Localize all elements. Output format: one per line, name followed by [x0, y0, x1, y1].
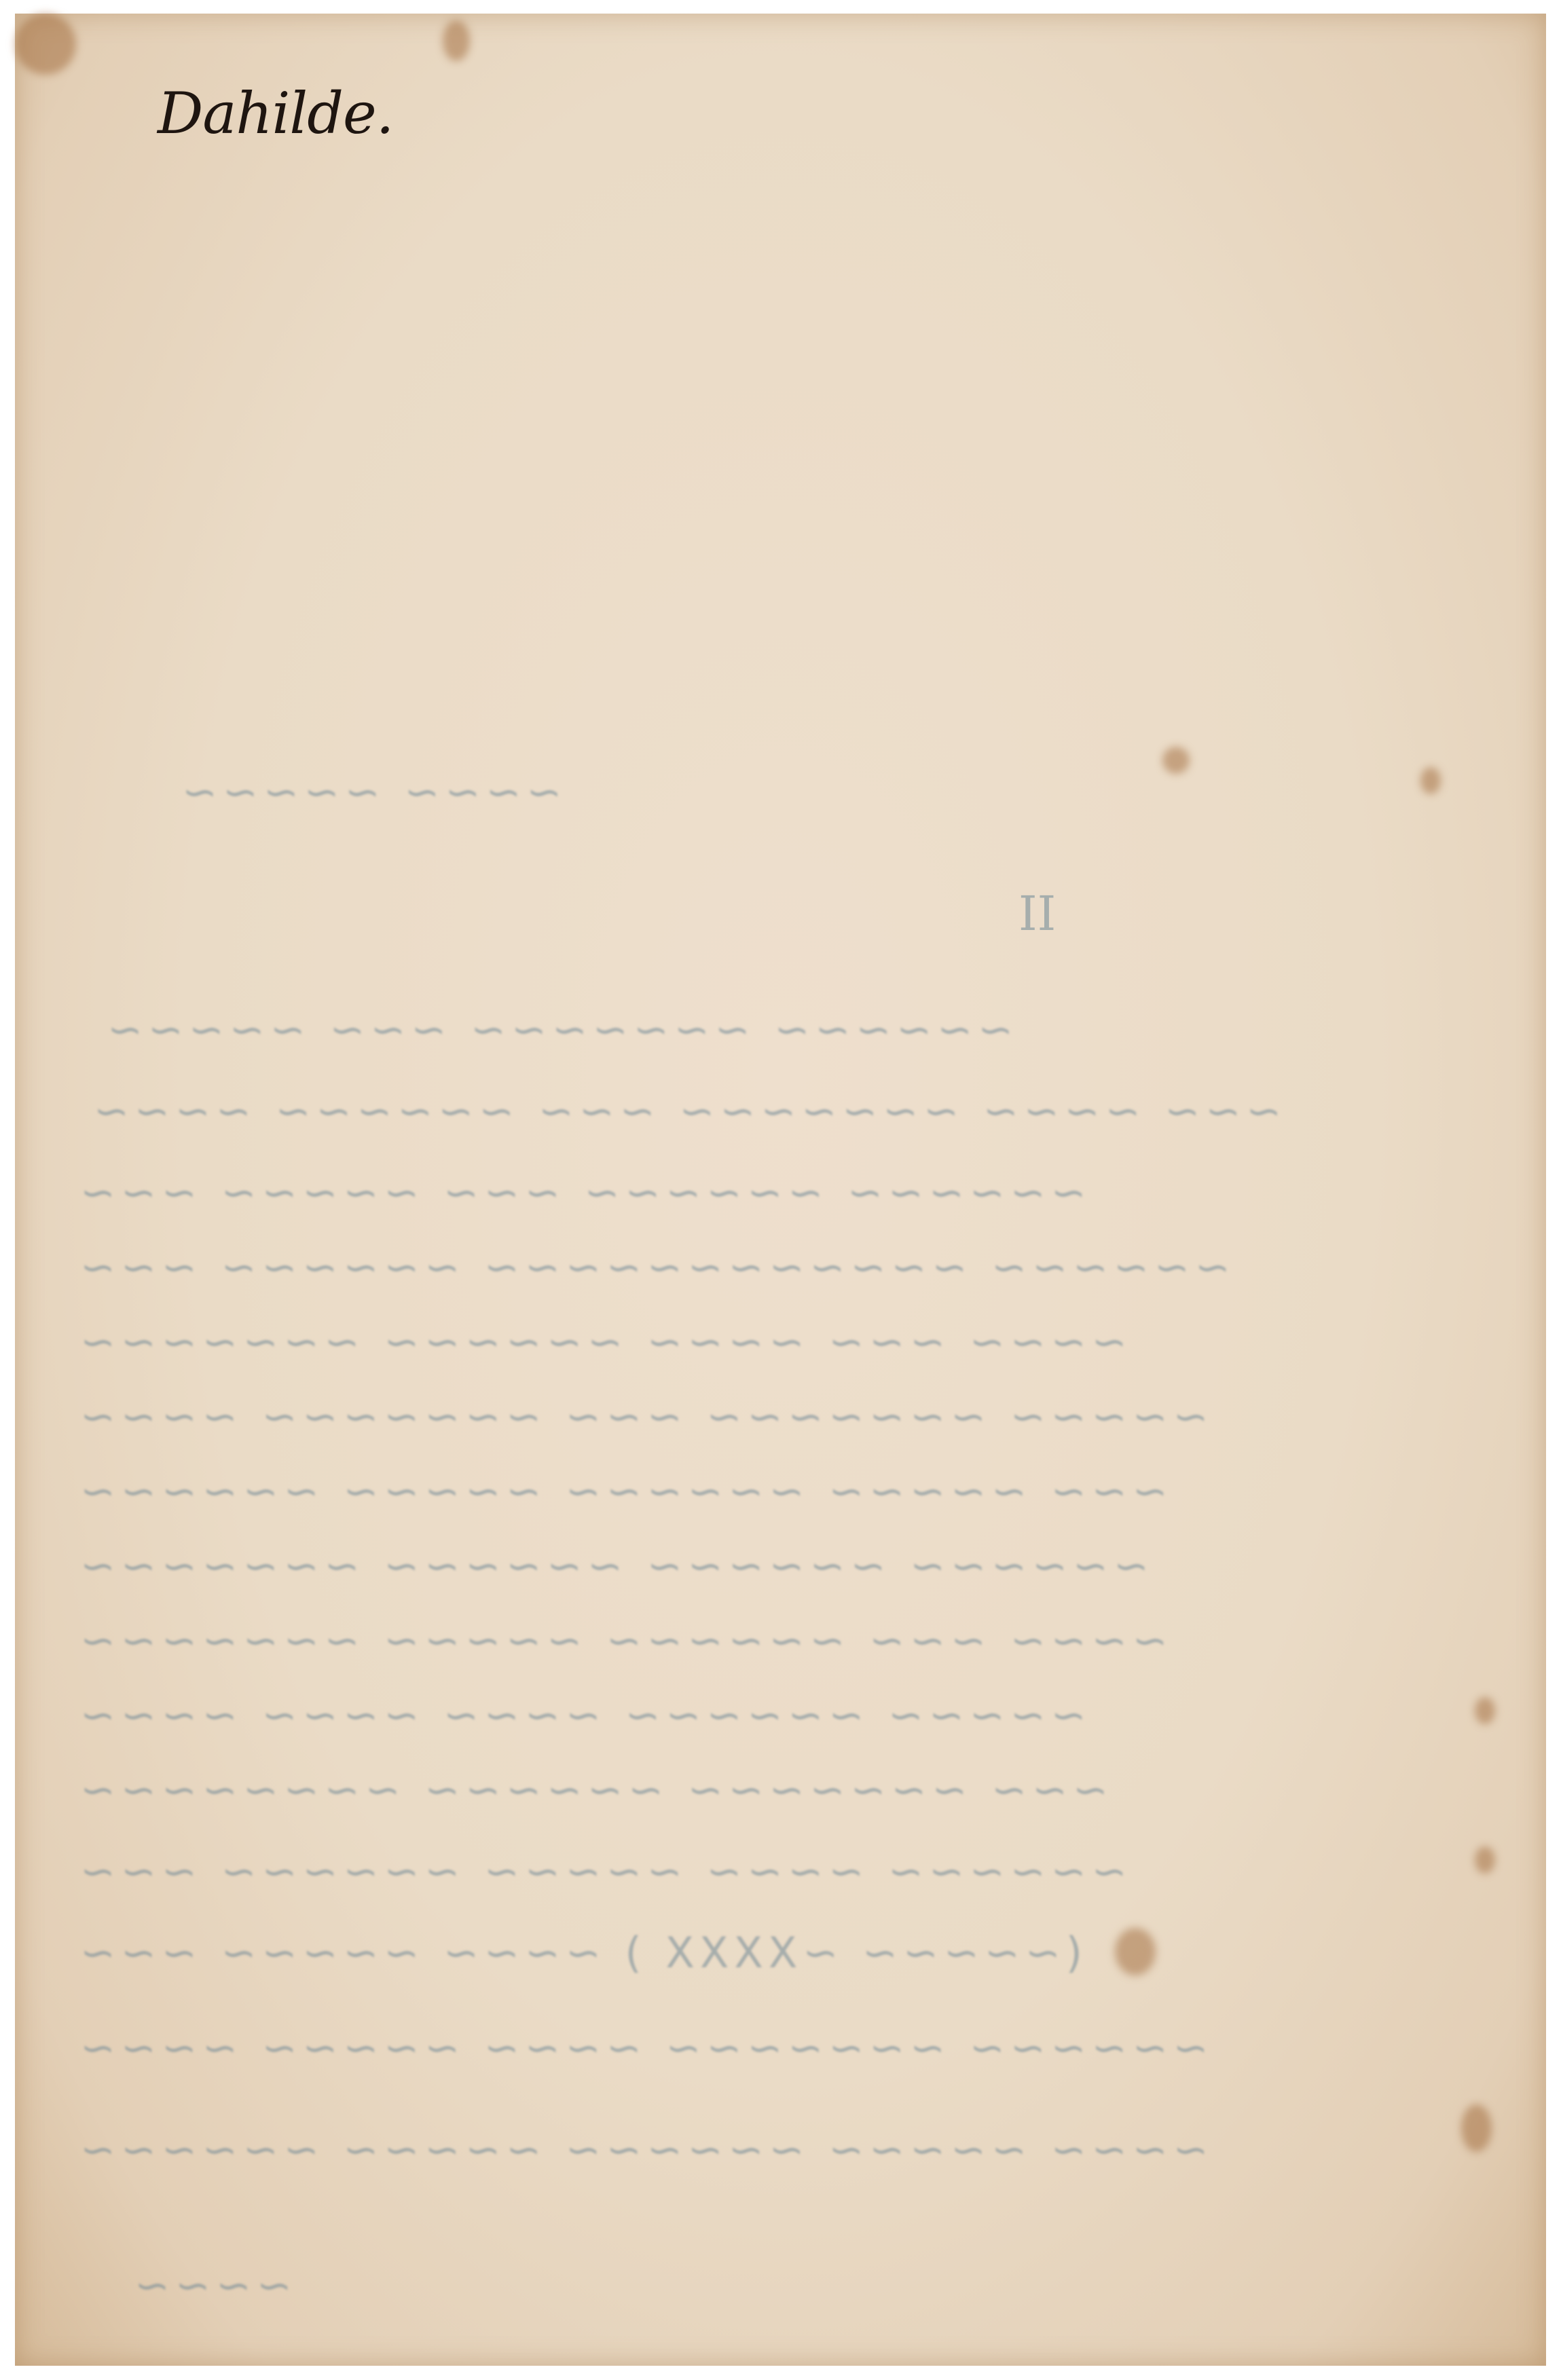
bleed-through-line: ~~~~~~ ~~~~~~~~~~~~ ~~~~~~ ~~~ — [75, 1242, 1230, 1292]
roman-numeral: II — [1018, 886, 1056, 942]
bleed-through-line: ~~~ ~~~~ ~~~~~~~ ~~~ ~~~~~~ ~~~~ — [88, 1086, 1281, 1136]
bleed-through-line: ~~~~~ ~~~~~~~ ~~~ ~~~~~~~ ~~~~ — [75, 1392, 1209, 1441]
foxing-stain — [1420, 767, 1441, 794]
bleed-through-line: ~~~~~~ ~~~~~~~ ~~~ ~~~~~ — [102, 1005, 1013, 1054]
bleed-through-line: ~~~~~ ~~~~~~ ~~~~ ~~~~ ~~~~ — [75, 1690, 1086, 1740]
foxing-stain — [443, 20, 470, 61]
foxing-stain — [1475, 1697, 1495, 1724]
bleed-through-line: ~~~~~~ ~~~~ ~~~~~ ~~~~~~ ~~~ — [75, 1846, 1127, 1896]
bleed-through-line: (~~~~~ ~XXXX ) ~~~~ ~~~~~ ~~~ — [75, 1928, 1082, 1977]
foxing-stain — [15, 14, 76, 75]
bleed-through-line: ~~~ ~~~~~~~ ~~~~~~ ~~~~~~~~ — [75, 1765, 1108, 1815]
bleed-through-line: ~~~~~~ ~~~~~~ ~~~ ~~~~~ ~~~ — [75, 1168, 1086, 1217]
foxing-stain — [1475, 1846, 1495, 1874]
foxing-stain — [1115, 1928, 1156, 1975]
bleed-through-line: ~~~~ ~~~~~ ~~~~~~ ~~~~~ ~~~~~~ — [75, 2125, 1209, 2174]
foxing-stain — [1162, 747, 1190, 774]
bleed-through-footer: ~~~~ — [129, 2261, 292, 2310]
bleed-through-line: ~~~~ ~~~~~ — [177, 767, 562, 817]
foxing-stain — [1461, 2104, 1492, 2152]
bleed-through-line: ~~~~ ~~~ ~~~~ ~~~~~~ ~~~~~~~ — [75, 1317, 1127, 1366]
bleed-through-line: ~~~~~~ ~~~~~~~ ~~~~ ~~~~~ ~~~~ — [75, 2023, 1209, 2072]
bleed-through-line: ~~~ ~~~~~ ~~~~~~ ~~~~~ ~~~~~~ — [75, 1466, 1168, 1516]
ink-heading: Dahilde. — [158, 80, 393, 147]
bleed-through-line: ~~~~ ~~~ ~~~~~~ ~~~~~ ~~~~~~~ — [75, 1616, 1168, 1665]
bleed-through-line: ~~~~~~ ~~~~~~ ~~~~~~ ~~~~~~~ — [75, 1541, 1149, 1591]
